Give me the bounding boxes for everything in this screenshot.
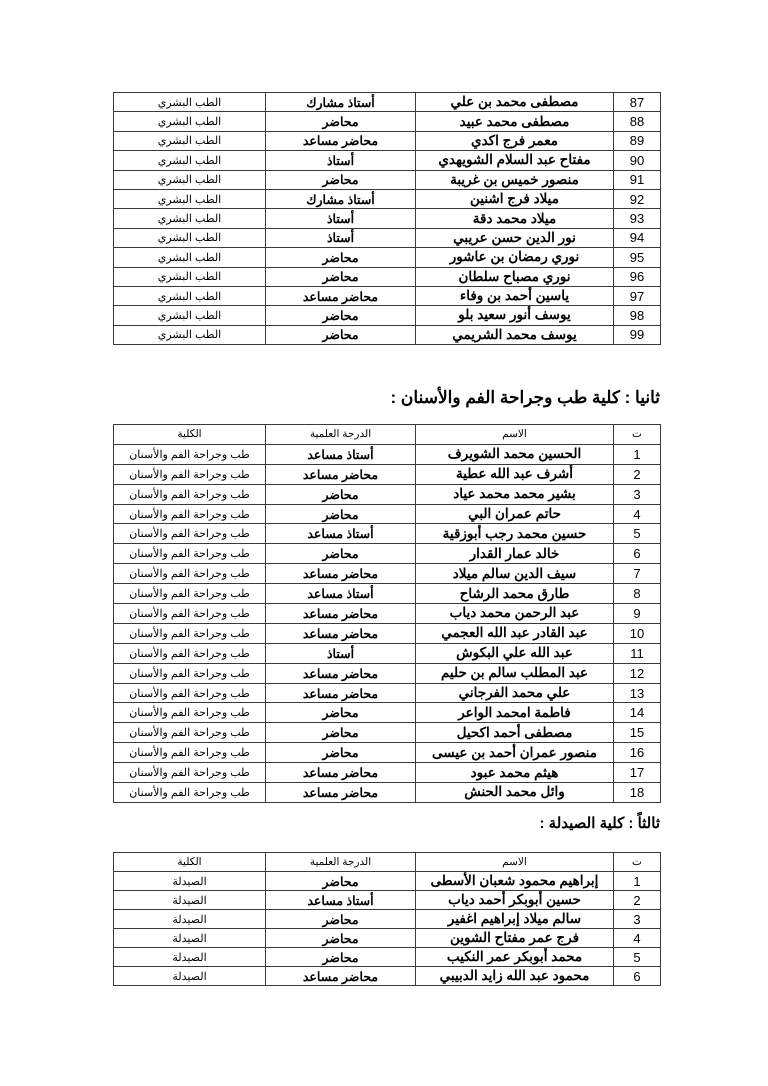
- faculty-name-cell: الطب البشري: [114, 151, 266, 170]
- table-row: 10عبد القادر عبد الله العجميمحاضر مساعدط…: [114, 623, 661, 643]
- row-number-cell: 99: [614, 325, 661, 344]
- staff-name-cell: يوسف محمد الشريمي: [416, 325, 614, 344]
- faculty-name-cell: الطب البشري: [114, 131, 266, 150]
- row-number-cell: 17: [614, 763, 661, 783]
- table-row: 17هيثم محمد عبودمحاضر مساعدطب وجراحة الف…: [114, 763, 661, 783]
- academic-degree-cell: أستاذ مشارك: [266, 189, 416, 208]
- table-body: 87مصطفى محمد بن عليأستاذ مشاركالطب البشر…: [114, 93, 661, 345]
- table-header-row: تالاسمالدرجة العلميةالكلية: [114, 853, 661, 872]
- table-row: 9عبد الرحمن محمد ديابمحاضر مساعدطب وجراح…: [114, 604, 661, 624]
- table-row: 99يوسف محمد الشريميمحاضرالطب البشري: [114, 325, 661, 344]
- row-number-cell: 5: [614, 948, 661, 967]
- row-number-cell: 98: [614, 306, 661, 325]
- faculty-name-cell: الطب البشري: [114, 209, 266, 228]
- academic-degree-cell: أستاذ مساعد: [266, 584, 416, 604]
- table-row: 14فاطمة امحمد الواعرمحاضرطب وجراحة الفم …: [114, 703, 661, 723]
- staff-name-cell: بشير محمد محمد عياد: [416, 484, 614, 504]
- row-number-cell: 16: [614, 743, 661, 763]
- faculty-name-cell: طب وجراحة الفم والأسنان: [114, 743, 266, 763]
- row-number-cell: 94: [614, 228, 661, 247]
- staff-name-cell: حسين محمد رجب أبوزقية: [416, 524, 614, 544]
- staff-name-cell: عبد القادر عبد الله العجمي: [416, 623, 614, 643]
- academic-degree-cell: محاضر مساعد: [266, 623, 416, 643]
- row-number-cell: 3: [614, 484, 661, 504]
- faculty-name-cell: طب وجراحة الفم والأسنان: [114, 683, 266, 703]
- table-row: 3سالم ميلاد إبراهيم اغفيرمحاضرالصيدلة: [114, 910, 661, 929]
- staff-name-cell: ميلاد محمد دقة: [416, 209, 614, 228]
- column-header-staff-name: الاسم: [416, 853, 614, 872]
- section-title-dentistry: ثانيا : كلية طب وجراحة الفم والأسنان :: [391, 388, 660, 408]
- table-row: 16منصور عمران أحمد بن عيسىمحاضرطب وجراحة…: [114, 743, 661, 763]
- faculty-name-cell: الطب البشري: [114, 228, 266, 247]
- row-number-cell: 88: [614, 112, 661, 131]
- table-row: 12عبد المطلب سالم بن حليممحاضر مساعدطب و…: [114, 663, 661, 683]
- academic-degree-cell: محاضر: [266, 484, 416, 504]
- staff-name-cell: الحسين محمد الشويرف: [416, 444, 614, 464]
- table-row: 2أشرف عبد الله عطيةمحاضر مساعدطب وجراحة …: [114, 464, 661, 484]
- staff-name-cell: علي محمد الفرجاني: [416, 683, 614, 703]
- staff-name-cell: عبد الله علي البكوش: [416, 643, 614, 663]
- academic-degree-cell: محاضر: [266, 703, 416, 723]
- academic-degree-cell: محاضر: [266, 929, 416, 948]
- row-number-cell: 2: [614, 891, 661, 910]
- staff-name-cell: مصطفى محمد عبيد: [416, 112, 614, 131]
- row-number-cell: 4: [614, 504, 661, 524]
- row-number-cell: 11: [614, 643, 661, 663]
- dentistry-staff-table: تالاسمالدرجة العلميةالكلية1الحسين محمد ا…: [113, 424, 661, 803]
- academic-degree-cell: محاضر: [266, 948, 416, 967]
- staff-name-cell: خالد عمار القدار: [416, 544, 614, 564]
- faculty-name-cell: الصيدلة: [114, 929, 266, 948]
- row-number-cell: 90: [614, 151, 661, 170]
- faculty-name-cell: الصيدلة: [114, 967, 266, 986]
- section-title-pharmacy: ثالثاً : كلية الصيدلة :: [539, 814, 660, 832]
- faculty-name-cell: الطب البشري: [114, 325, 266, 344]
- faculty-name-cell: الصيدلة: [114, 891, 266, 910]
- academic-degree-cell: محاضر: [266, 544, 416, 564]
- table-row: 6محمود عبد الله زايد الدبيبيمحاضر مساعدا…: [114, 967, 661, 986]
- faculty-name-cell: طب وجراحة الفم والأسنان: [114, 484, 266, 504]
- staff-name-cell: يوسف أنور سعيد بلو: [416, 306, 614, 325]
- table-row: 11عبد الله علي البكوشأستاذطب وجراحة الفم…: [114, 643, 661, 663]
- row-number-cell: 1: [614, 444, 661, 464]
- table-row: 8طارق محمد الرشاحأستاذ مساعدطب وجراحة ال…: [114, 584, 661, 604]
- table-row: 91منصور خميس بن غريبةمحاضرالطب البشري: [114, 170, 661, 189]
- row-number-cell: 95: [614, 248, 661, 267]
- row-number-cell: 89: [614, 131, 661, 150]
- table-row: 1الحسين محمد الشويرفأستاذ مساعدطب وجراحة…: [114, 444, 661, 464]
- academic-degree-cell: محاضر مساعد: [266, 464, 416, 484]
- staff-name-cell: نور الدين حسن عريبي: [416, 228, 614, 247]
- table-row: 4حاتم عمران البيمحاضرطب وجراحة الفم والأ…: [114, 504, 661, 524]
- academic-degree-cell: محاضر: [266, 910, 416, 929]
- row-number-cell: 91: [614, 170, 661, 189]
- academic-degree-cell: أستاذ مساعد: [266, 444, 416, 464]
- table-body: تالاسمالدرجة العلميةالكلية1إبراهيم محمود…: [114, 853, 661, 986]
- row-number-cell: 96: [614, 267, 661, 286]
- table-row: 4فرج عمر مفتاح الشوينمحاضرالصيدلة: [114, 929, 661, 948]
- table-row: 15مصطفى أحمد اكحيلمحاضرطب وجراحة الفم وا…: [114, 723, 661, 743]
- faculty-name-cell: طب وجراحة الفم والأسنان: [114, 564, 266, 584]
- row-number-cell: 3: [614, 910, 661, 929]
- table-row: 95نوري رمضان بن عاشورمحاضرالطب البشري: [114, 248, 661, 267]
- table-row: 90مفتاح عبد السلام الشويهديأستاذالطب الب…: [114, 151, 661, 170]
- table-row: 1إبراهيم محمود شعبان الأسطىمحاضرالصيدلة: [114, 872, 661, 891]
- faculty-name-cell: الطب البشري: [114, 112, 266, 131]
- row-number-cell: 6: [614, 544, 661, 564]
- column-header-faculty-name: الكلية: [114, 425, 266, 445]
- table-row: 87مصطفى محمد بن عليأستاذ مشاركالطب البشر…: [114, 93, 661, 112]
- medicine-staff-table: 87مصطفى محمد بن عليأستاذ مشاركالطب البشر…: [113, 92, 661, 345]
- faculty-name-cell: طب وجراحة الفم والأسنان: [114, 444, 266, 464]
- staff-name-cell: حاتم عمران البي: [416, 504, 614, 524]
- staff-name-cell: عبد الرحمن محمد دياب: [416, 604, 614, 624]
- academic-degree-cell: محاضر مساعد: [266, 763, 416, 783]
- row-number-cell: 87: [614, 93, 661, 112]
- staff-name-cell: عبد المطلب سالم بن حليم: [416, 663, 614, 683]
- academic-degree-cell: محاضر: [266, 723, 416, 743]
- faculty-name-cell: الطب البشري: [114, 267, 266, 286]
- academic-degree-cell: محاضر: [266, 112, 416, 131]
- column-header-row-number: ت: [614, 853, 661, 872]
- table-body: تالاسمالدرجة العلميةالكلية1الحسين محمد ا…: [114, 425, 661, 803]
- academic-degree-cell: محاضر مساعد: [266, 286, 416, 305]
- faculty-name-cell: الصيدلة: [114, 948, 266, 967]
- row-number-cell: 2: [614, 464, 661, 484]
- academic-degree-cell: محاضر: [266, 248, 416, 267]
- academic-degree-cell: أستاذ: [266, 209, 416, 228]
- faculty-name-cell: الطب البشري: [114, 170, 266, 189]
- faculty-name-cell: طب وجراحة الفم والأسنان: [114, 464, 266, 484]
- row-number-cell: 93: [614, 209, 661, 228]
- faculty-name-cell: طب وجراحة الفم والأسنان: [114, 783, 266, 803]
- staff-name-cell: سيف الدين سالم ميلاد: [416, 564, 614, 584]
- pharmacy-staff-table: تالاسمالدرجة العلميةالكلية1إبراهيم محمود…: [113, 852, 661, 986]
- staff-name-cell: سالم ميلاد إبراهيم اغفير: [416, 910, 614, 929]
- academic-degree-cell: محاضر: [266, 170, 416, 189]
- staff-name-cell: وائل محمد الحنش: [416, 783, 614, 803]
- academic-degree-cell: محاضر مساعد: [266, 683, 416, 703]
- staff-name-cell: فرج عمر مفتاح الشوين: [416, 929, 614, 948]
- table-row: 94نور الدين حسن عريبيأستاذالطب البشري: [114, 228, 661, 247]
- staff-name-cell: منصور خميس بن غريبة: [416, 170, 614, 189]
- table-header-row: تالاسمالدرجة العلميةالكلية: [114, 425, 661, 445]
- table-row: 13علي محمد الفرجانيمحاضر مساعدطب وجراحة …: [114, 683, 661, 703]
- faculty-name-cell: طب وجراحة الفم والأسنان: [114, 723, 266, 743]
- faculty-name-cell: الطب البشري: [114, 248, 266, 267]
- staff-name-cell: مفتاح عبد السلام الشويهدي: [416, 151, 614, 170]
- table-row: 97ياسين أحمد بن وفاءمحاضر مساعدالطب البش…: [114, 286, 661, 305]
- staff-name-cell: أشرف عبد الله عطية: [416, 464, 614, 484]
- staff-name-cell: ياسين أحمد بن وفاء: [416, 286, 614, 305]
- staff-name-cell: محمد أبوبكر عمر النكيب: [416, 948, 614, 967]
- row-number-cell: 18: [614, 783, 661, 803]
- faculty-name-cell: الطب البشري: [114, 93, 266, 112]
- row-number-cell: 12: [614, 663, 661, 683]
- academic-degree-cell: أستاذ مساعد: [266, 891, 416, 910]
- row-number-cell: 5: [614, 524, 661, 544]
- academic-degree-cell: أستاذ مشارك: [266, 93, 416, 112]
- faculty-name-cell: طب وجراحة الفم والأسنان: [114, 663, 266, 683]
- table-row: 88مصطفى محمد عبيدمحاضرالطب البشري: [114, 112, 661, 131]
- row-number-cell: 9: [614, 604, 661, 624]
- faculty-name-cell: الطب البشري: [114, 286, 266, 305]
- faculty-name-cell: طب وجراحة الفم والأسنان: [114, 544, 266, 564]
- academic-degree-cell: محاضر: [266, 325, 416, 344]
- table-row: 6خالد عمار القدارمحاضرطب وجراحة الفم وال…: [114, 544, 661, 564]
- faculty-name-cell: طب وجراحة الفم والأسنان: [114, 623, 266, 643]
- column-header-academic-degree: الدرجة العلمية: [266, 425, 416, 445]
- academic-degree-cell: محاضر: [266, 743, 416, 763]
- academic-degree-cell: أستاذ: [266, 151, 416, 170]
- table-row: 2حسين أبوبكر أحمد ديابأستاذ مساعدالصيدلة: [114, 891, 661, 910]
- staff-name-cell: إبراهيم محمود شعبان الأسطى: [416, 872, 614, 891]
- faculty-name-cell: طب وجراحة الفم والأسنان: [114, 643, 266, 663]
- table-row: 5حسين محمد رجب أبوزقيةأستاذ مساعدطب وجرا…: [114, 524, 661, 544]
- staff-name-cell: مصطفى أحمد اكحيل: [416, 723, 614, 743]
- academic-degree-cell: محاضر مساعد: [266, 131, 416, 150]
- staff-name-cell: نوري رمضان بن عاشور: [416, 248, 614, 267]
- staff-name-cell: منصور عمران أحمد بن عيسى: [416, 743, 614, 763]
- column-header-academic-degree: الدرجة العلمية: [266, 853, 416, 872]
- faculty-name-cell: الطب البشري: [114, 189, 266, 208]
- row-number-cell: 10: [614, 623, 661, 643]
- table-row: 5محمد أبوبكر عمر النكيبمحاضرالصيدلة: [114, 948, 661, 967]
- staff-name-cell: نوري مصباح سلطان: [416, 267, 614, 286]
- faculty-name-cell: طب وجراحة الفم والأسنان: [114, 763, 266, 783]
- faculty-name-cell: طب وجراحة الفم والأسنان: [114, 584, 266, 604]
- academic-degree-cell: محاضر مساعد: [266, 604, 416, 624]
- staff-name-cell: ميلاد فرج اشنين: [416, 189, 614, 208]
- faculty-name-cell: طب وجراحة الفم والأسنان: [114, 604, 266, 624]
- academic-degree-cell: محاضر مساعد: [266, 663, 416, 683]
- academic-degree-cell: محاضر: [266, 504, 416, 524]
- row-number-cell: 92: [614, 189, 661, 208]
- column-header-staff-name: الاسم: [416, 425, 614, 445]
- row-number-cell: 1: [614, 872, 661, 891]
- table-row: 18وائل محمد الحنشمحاضر مساعدطب وجراحة ال…: [114, 783, 661, 803]
- table-row: 96نوري مصباح سلطانمحاضرالطب البشري: [114, 267, 661, 286]
- faculty-name-cell: طب وجراحة الفم والأسنان: [114, 524, 266, 544]
- row-number-cell: 8: [614, 584, 661, 604]
- row-number-cell: 13: [614, 683, 661, 703]
- faculty-name-cell: طب وجراحة الفم والأسنان: [114, 703, 266, 723]
- academic-degree-cell: محاضر: [266, 267, 416, 286]
- academic-degree-cell: أستاذ: [266, 643, 416, 663]
- faculty-name-cell: الصيدلة: [114, 872, 266, 891]
- staff-name-cell: فاطمة امحمد الواعر: [416, 703, 614, 723]
- column-header-faculty-name: الكلية: [114, 853, 266, 872]
- academic-degree-cell: محاضر: [266, 872, 416, 891]
- faculty-name-cell: الطب البشري: [114, 306, 266, 325]
- academic-degree-cell: أستاذ: [266, 228, 416, 247]
- academic-degree-cell: محاضر مساعد: [266, 967, 416, 986]
- academic-degree-cell: أستاذ مساعد: [266, 524, 416, 544]
- table-row: 98يوسف أنور سعيد بلومحاضرالطب البشري: [114, 306, 661, 325]
- faculty-name-cell: طب وجراحة الفم والأسنان: [114, 504, 266, 524]
- row-number-cell: 15: [614, 723, 661, 743]
- academic-degree-cell: محاضر مساعد: [266, 783, 416, 803]
- row-number-cell: 6: [614, 967, 661, 986]
- staff-name-cell: محمود عبد الله زايد الدبيبي: [416, 967, 614, 986]
- row-number-cell: 14: [614, 703, 661, 723]
- table-row: 3بشير محمد محمد عيادمحاضرطب وجراحة الفم …: [114, 484, 661, 504]
- staff-name-cell: طارق محمد الرشاح: [416, 584, 614, 604]
- row-number-cell: 4: [614, 929, 661, 948]
- staff-name-cell: معمر فرج اكدي: [416, 131, 614, 150]
- table-row: 93ميلاد محمد دقةأستاذالطب البشري: [114, 209, 661, 228]
- staff-name-cell: حسين أبوبكر أحمد دياب: [416, 891, 614, 910]
- faculty-name-cell: الصيدلة: [114, 910, 266, 929]
- column-header-row-number: ت: [614, 425, 661, 445]
- staff-name-cell: مصطفى محمد بن علي: [416, 93, 614, 112]
- row-number-cell: 97: [614, 286, 661, 305]
- staff-name-cell: هيثم محمد عبود: [416, 763, 614, 783]
- table-row: 7سيف الدين سالم ميلادمحاضر مساعدطب وجراح…: [114, 564, 661, 584]
- table-row: 92ميلاد فرج اشنينأستاذ مشاركالطب البشري: [114, 189, 661, 208]
- academic-degree-cell: محاضر: [266, 306, 416, 325]
- academic-degree-cell: محاضر مساعد: [266, 564, 416, 584]
- row-number-cell: 7: [614, 564, 661, 584]
- table-row: 89معمر فرج اكديمحاضر مساعدالطب البشري: [114, 131, 661, 150]
